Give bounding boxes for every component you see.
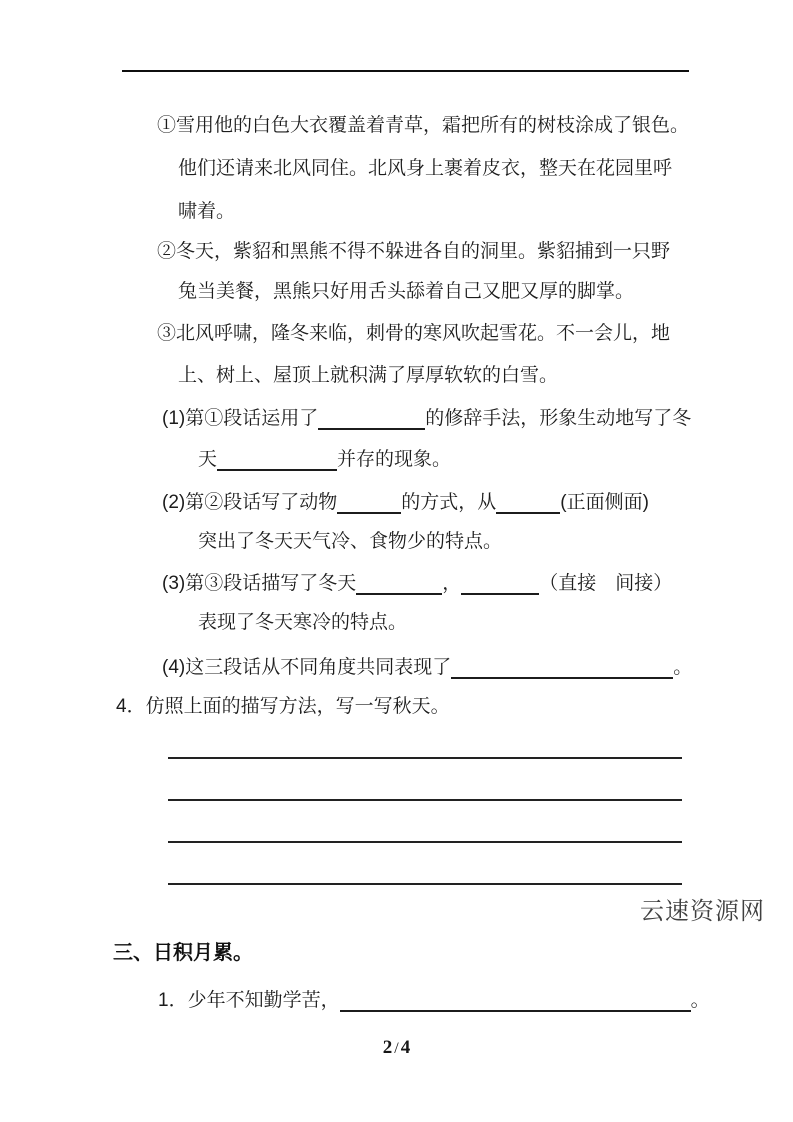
fill-in-blank — [337, 490, 401, 514]
question-text: ， — [442, 573, 461, 594]
page-number-total: 4 — [401, 1037, 411, 1058]
page-number: 2/4 — [0, 1037, 793, 1059]
question-2-line: (2)第②段话写了动物的方式，从(正面侧面) — [162, 490, 649, 514]
question-text: (3)第③段话描写了冬天 — [162, 573, 356, 594]
answer-writing-line — [168, 883, 682, 885]
passage-text: 他们还请来北风同住。北风身上裹着皮衣，整天在花园里呼 — [178, 158, 672, 179]
fill-in-blank — [461, 571, 539, 595]
worksheet-page: ①雪用他的白色大衣覆盖着青草，霜把所有的树枝涂成了银色。 他们还请来北风同住。北… — [0, 0, 793, 1122]
page-number-current: 2 — [383, 1037, 393, 1058]
question-text: 的方式，从 — [401, 492, 496, 513]
section-3-item-1: 1．少年不知勤学苦，。 — [158, 988, 710, 1012]
question-3-line: 表现了冬天寒冷的特点。 — [198, 611, 407, 635]
question-1-line: 天并存的现象。 — [198, 447, 451, 471]
question-text: (正面侧面) — [560, 492, 649, 513]
item-text: 1．少年不知勤学苦， — [158, 990, 340, 1011]
passage-text: 啸着。 — [178, 201, 235, 222]
answer-writing-line — [168, 841, 682, 843]
question-3-line: (3)第③段话描写了冬天，（直接 间接） — [162, 571, 672, 595]
question-1-line: (1)第①段话运用了的修辞手法，形象生动地写了冬 — [162, 406, 691, 430]
answer-writing-line — [168, 757, 682, 759]
passage-line: ③北风呼啸，隆冬来临，刺骨的寒风吹起雪花。不一会儿，地 — [157, 322, 670, 346]
question-text: （直接 间接） — [539, 573, 672, 594]
passage-text: ②冬天，紫貂和黑熊不得不躲进各自的洞里。紫貂捕到一只野 — [157, 241, 670, 262]
header-divider-rule — [122, 70, 689, 72]
page-number-separator: / — [392, 1040, 400, 1057]
task-4-line: 4．仿照上面的描写方法，写一写秋天。 — [116, 695, 450, 719]
passage-line: ②冬天，紫貂和黑熊不得不躲进各自的洞里。紫貂捕到一只野 — [157, 240, 670, 264]
question-text: 表现了冬天寒冷的特点。 — [198, 612, 407, 633]
passage-text: 上、树上、屋顶上就积满了厚厚软软的白雪。 — [178, 365, 558, 386]
task-text: 4．仿照上面的描写方法，写一写秋天。 — [116, 696, 450, 717]
question-text: 天 — [198, 449, 217, 470]
question-text: (2)第②段话写了动物 — [162, 492, 337, 513]
fill-in-blank — [451, 655, 673, 679]
passage-line: ①雪用他的白色大衣覆盖着青草，霜把所有的树枝涂成了银色。 — [157, 114, 689, 138]
passage-line: 啸着。 — [178, 200, 235, 224]
question-text: 突出了冬天天气冷、食物少的特点。 — [198, 531, 502, 552]
site-watermark: 云速资源网 — [640, 891, 765, 926]
section-3-title: 三、日积月累。 — [113, 941, 253, 965]
section-title-text: 三、日积月累。 — [113, 942, 253, 964]
question-text: (1)第①段话运用了 — [162, 408, 318, 429]
fill-in-blank — [340, 988, 691, 1012]
passage-line: 他们还请来北风同住。北风身上裹着皮衣，整天在花园里呼 — [178, 157, 672, 181]
item-text: 。 — [691, 990, 710, 1011]
question-2-line: 突出了冬天天气冷、食物少的特点。 — [198, 530, 502, 554]
passage-text: ①雪用他的白色大衣覆盖着青草，霜把所有的树枝涂成了银色。 — [157, 115, 689, 136]
question-4-line: (4)这三段话从不同角度共同表现了。 — [162, 655, 692, 679]
fill-in-blank — [217, 447, 337, 471]
question-text: 的修辞手法，形象生动地写了冬 — [425, 408, 691, 429]
passage-line: 上、树上、屋顶上就积满了厚厚软软的白雪。 — [178, 364, 558, 388]
fill-in-blank — [496, 490, 560, 514]
question-text: 。 — [673, 657, 692, 678]
fill-in-blank — [356, 571, 442, 595]
passage-text: ③北风呼啸，隆冬来临，刺骨的寒风吹起雪花。不一会儿，地 — [157, 323, 670, 344]
question-text: 并存的现象。 — [337, 449, 451, 470]
fill-in-blank — [318, 406, 425, 430]
answer-writing-line — [168, 799, 682, 801]
passage-text: 兔当美餐，黑熊只好用舌头舔着自己又肥又厚的脚掌。 — [178, 281, 634, 302]
passage-line: 兔当美餐，黑熊只好用舌头舔着自己又肥又厚的脚掌。 — [178, 280, 634, 304]
question-text: (4)这三段话从不同角度共同表现了 — [162, 657, 451, 678]
